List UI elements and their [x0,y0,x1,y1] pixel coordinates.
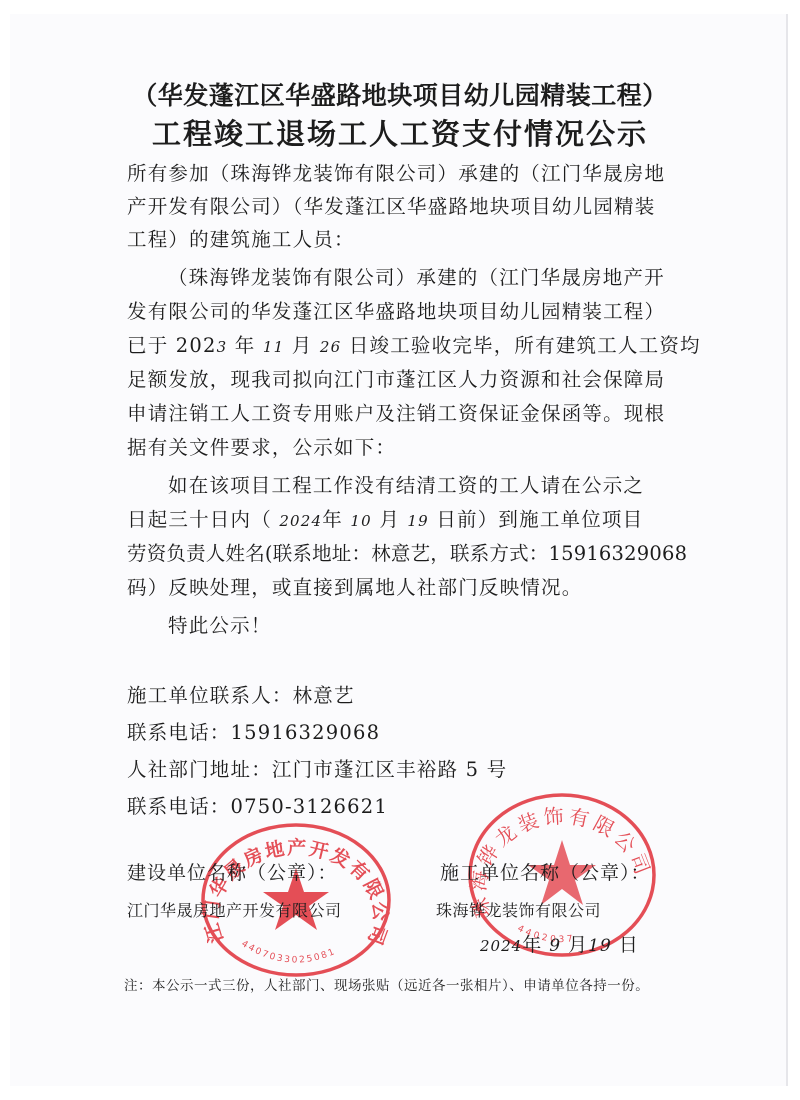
signature-month-handwritten: 9 [549,936,561,956]
closing-statement: 特此公示！ [168,610,272,638]
completion-date-prefix: 已于 202 [127,334,217,357]
phone-label: 联系电话： [127,721,231,744]
contractor-contact-value: 林意艺 [293,684,355,707]
contractor-contact: 施工单位联系人：林意艺 [127,680,355,708]
month-label: 月 [379,508,400,531]
year-label: 年 [522,934,542,956]
signature-day-handwritten: 19 [588,936,612,956]
signature-year-handwritten: 2024 [480,937,522,955]
developer-seal-label: 建设单位名称（公章）： [127,858,338,885]
footnote: 注：本公示一式三份，人社部门、现场张贴（远近各一张相片）、申请单位各持一份。 [124,974,649,994]
paragraph-2-line-6: 据有关文件要求，公示如下： [127,432,396,460]
phone-label: 联系电话： [127,795,231,818]
paragraph-1-line-1: 所有参加（珠海铧龙装饰有限公司）承建的（江门华晟房地 [127,158,665,186]
month-label: 月 [292,334,313,357]
day-label: 日 [619,934,639,956]
paragraph-3-line-1: 如在该项目工程工作没有结清工资的工人请在公示之 [168,470,644,498]
svg-text:4407033025081: 4407033025081 [240,939,338,965]
deadline-day-handwritten: 19 [407,512,429,530]
developer-seal-code: 4407033025081 [240,939,338,965]
completion-year-handwritten: 3 [217,338,228,356]
deadline-prefix: 日起三十日内（ [127,508,272,531]
document-subtitle: （华发蓬江区华盛路地块项目幼儿园精装工程） [0,76,800,112]
paragraph-2-line-4: 足额发放，现我司拟向江门市蓬江区人力资源和社会保障局 [127,364,665,392]
hr-phone: 联系电话：0750-3126621 [127,791,388,819]
paragraph-3-line-4: 码）反映处理，或直接到属地人社部门反映情况。 [127,572,582,600]
hr-address-value: 江门市蓬江区丰裕路 5 号 [272,758,507,781]
paragraph-3-line-3: 劳资负责人姓名(联系地址：林意艺，联系方式：15916329068 [127,538,687,566]
paragraph-2-line-1: （珠海铧龙装饰有限公司）承建的（江门华晟房地产开 [168,262,665,290]
paragraph-3-line-2: 日起三十日内（ 2024年 10 月 19 日前）到施工单位项目 [127,504,643,532]
completion-day-handwritten: 26 [320,338,342,356]
developer-company-name: 江门华晟房地产开发有限公司 [127,898,342,921]
deadline-month-handwritten: 10 [350,512,372,530]
paragraph-2-line-5: 申请注销工人工资专用账户及注销工资保证金保函等。现根 [127,398,665,426]
contractor-company-name: 珠海铧龙装饰有限公司 [436,898,601,921]
paragraph-1-line-3: 工程）的建筑施工人员： [127,224,355,252]
hr-address: 人社部门地址：江门市蓬江区丰裕路 5 号 [127,754,507,782]
deadline-suffix: 日前）到施工单位项目 [436,508,643,531]
month-label: 月 [568,934,588,956]
paragraph-2-line-2: 发有限公司的华发蓬江区华盛路地块项目幼儿园精装工程） [127,296,665,324]
contractor-phone: 联系电话：15916329068 [127,717,380,745]
document-title: 工程竣工退场工人工资支付情况公示 [0,112,800,153]
deadline-year-handwritten: 2024 [279,512,322,530]
paragraph-1-line-2: 产开发有限公司）（华发蓬江区华盛路地块项目幼儿园精装 [127,191,655,219]
phone-value: 15916329068 [231,721,381,744]
contractor-contact-label: 施工单位联系人： [127,684,293,707]
contractor-seal-label: 施工单位名称（公章）： [440,858,651,885]
paragraph-2-line-3: 已于 2023 年 11 月 26 日竣工验收完毕，所有建筑工人工资均 [127,330,701,358]
completion-suffix: 日竣工验收完毕，所有建筑工人工资均 [349,334,701,357]
signature-date: 2024年 9 月19 日 [480,930,639,957]
year-label: 年 [235,334,256,357]
completion-month-handwritten: 11 [263,338,285,356]
phone-value: 0750-3126621 [231,795,388,818]
hr-address-label: 人社部门地址： [127,758,272,781]
year-label: 年 [322,508,343,531]
